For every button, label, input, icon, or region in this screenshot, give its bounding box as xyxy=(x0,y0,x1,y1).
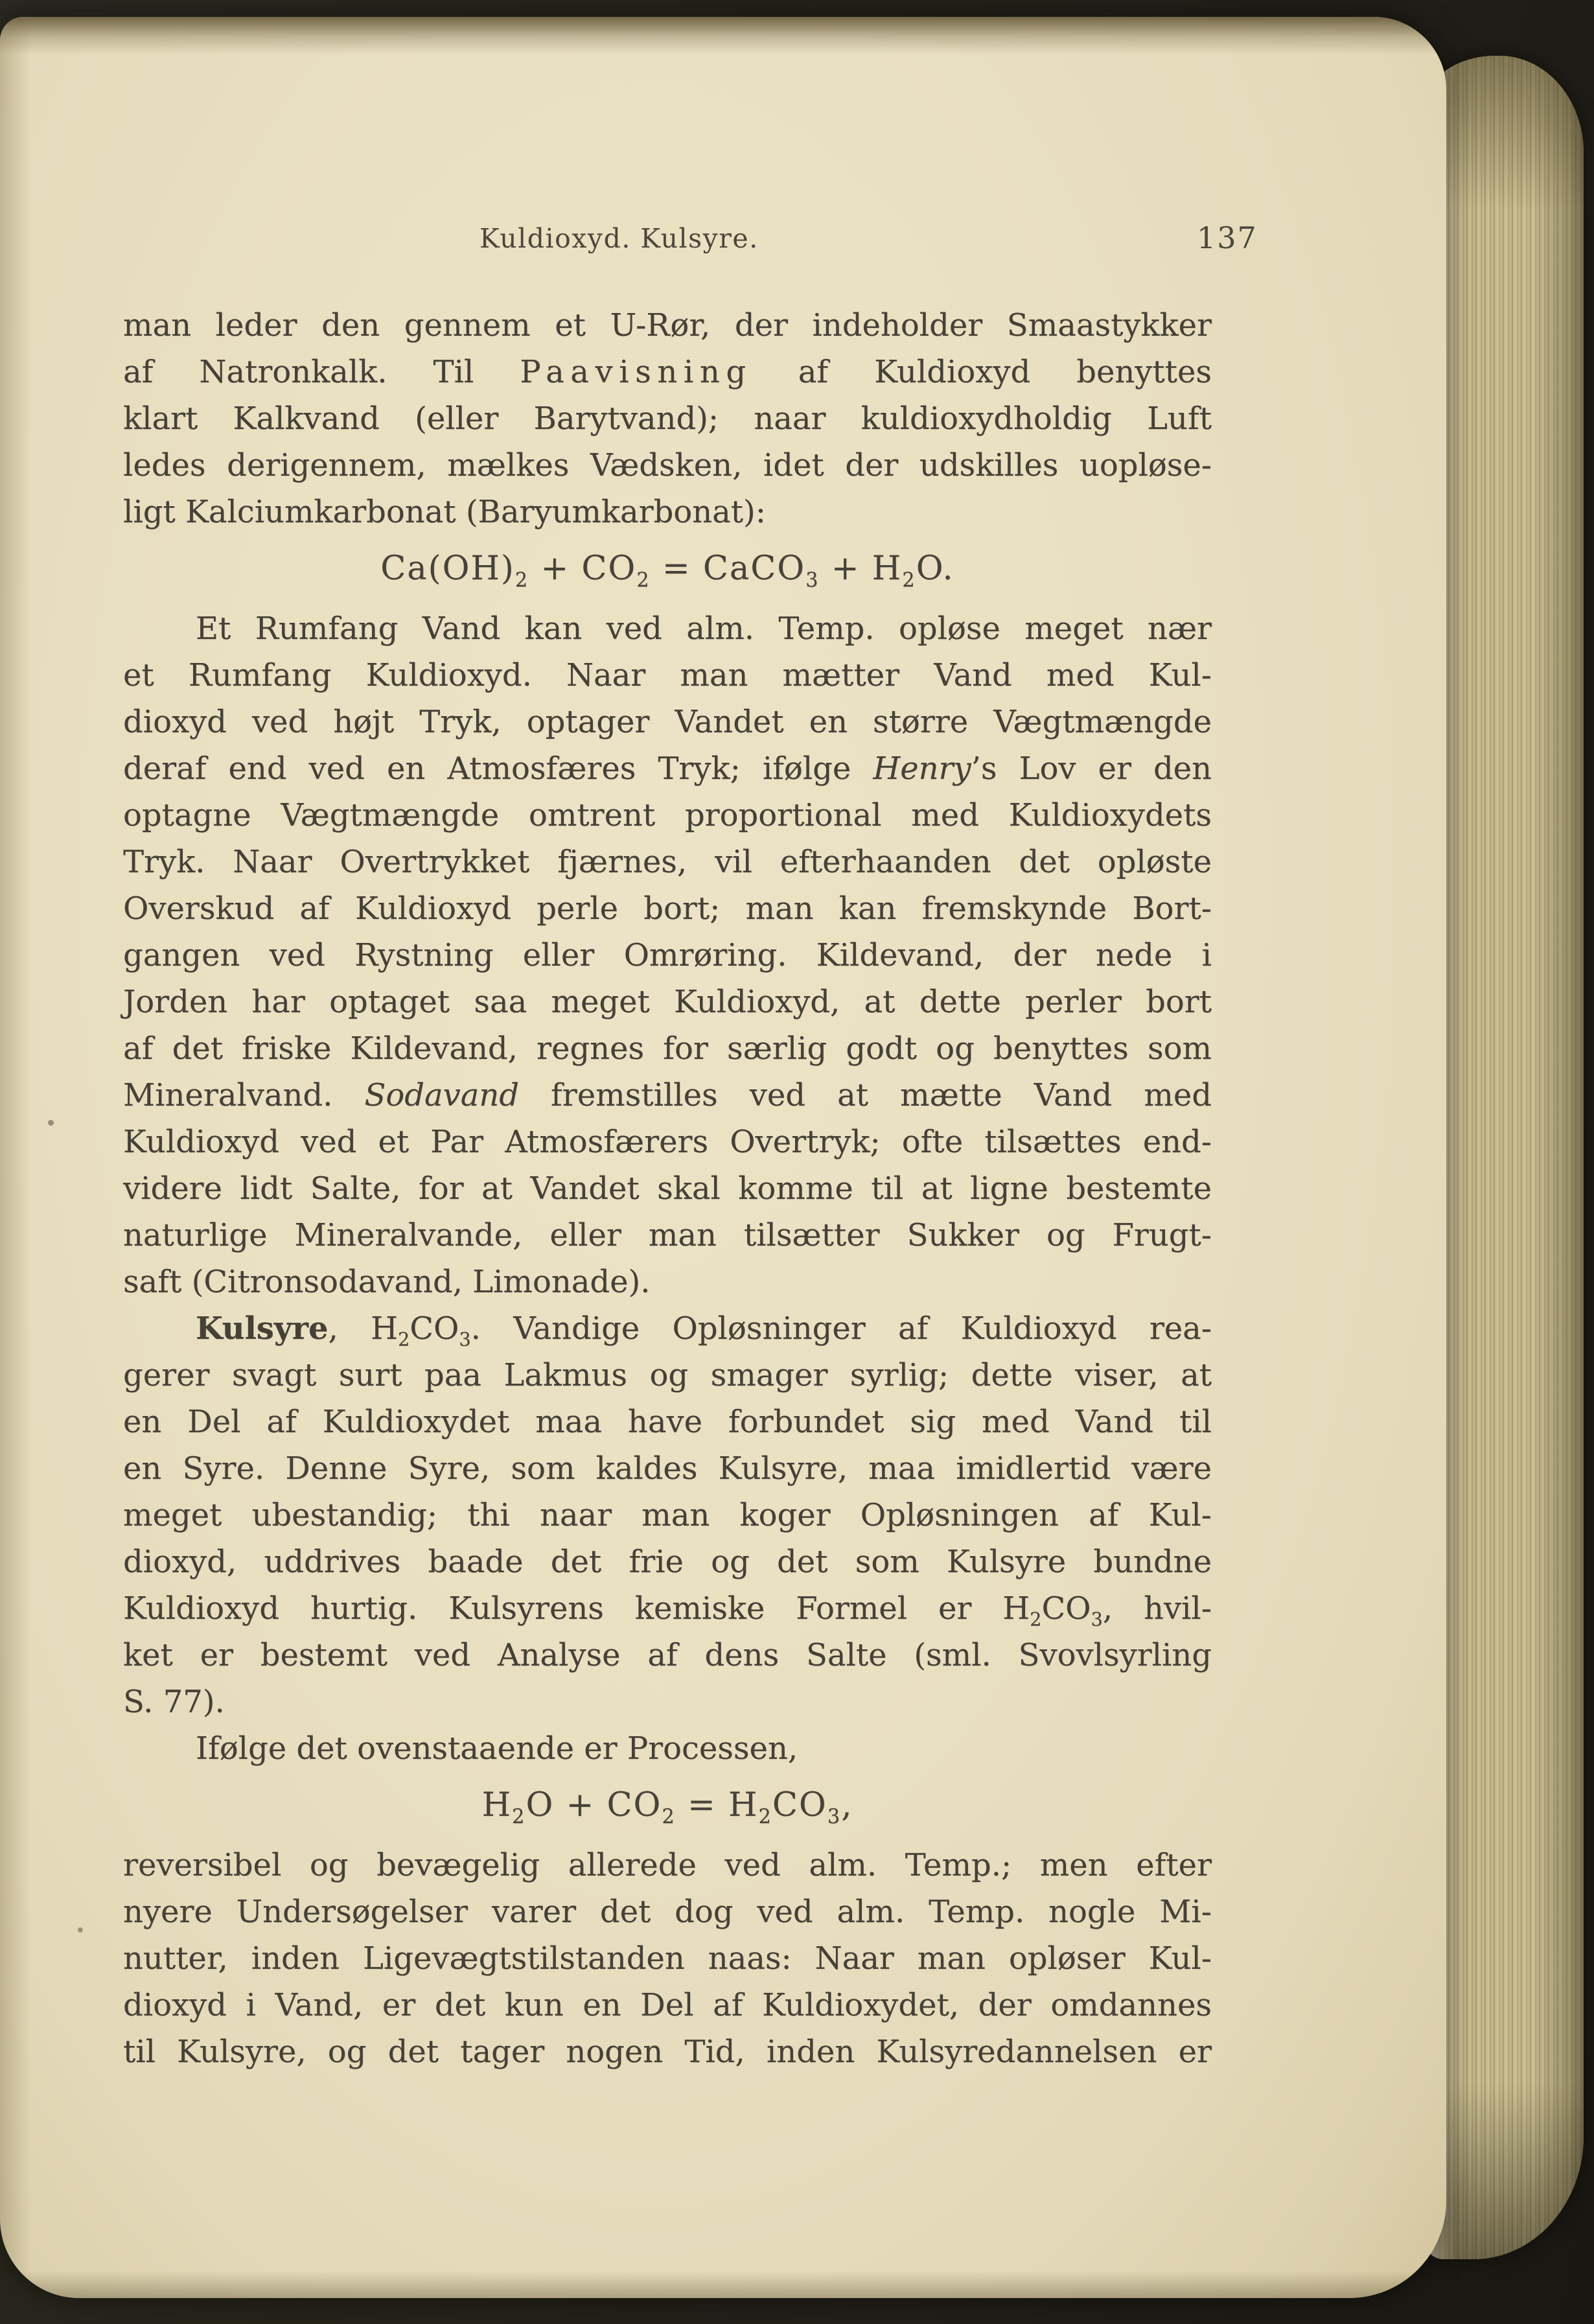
text-line: videre lidt Salte, for at Vandet skal ko… xyxy=(123,1165,1212,1212)
text-line: en Syre. Denne Syre, som kaldes Kulsyre,… xyxy=(123,1445,1212,1492)
paragraph: reversibel og bevægelig allerede ved alm… xyxy=(123,1842,1212,2075)
text-line: Jorden har optaget saa meget Kuldioxyd, … xyxy=(123,979,1212,1025)
running-header: Kuldioxyd. Kulsyre. 137 xyxy=(123,223,1212,268)
text-line: optagne Vægtmængde omtrent proportional … xyxy=(123,792,1212,839)
text-line: gangen ved Rystning eller Omrøring. Kild… xyxy=(123,932,1212,979)
text-line: Tryk. Naar Overtrykket fjærnes, vil efte… xyxy=(123,839,1212,885)
text-line: nyere Undersøgelser varer det dog ved al… xyxy=(123,1888,1212,1935)
text-line: Kuldioxyd ved et Par Atmosfærers Overtry… xyxy=(123,1119,1212,1165)
book-page: Kuldioxyd. Kulsyre. 137 man leder den ge… xyxy=(0,17,1446,2298)
paragraph: Et Rumfang Vand kan ved alm. Temp. opløs… xyxy=(123,605,1212,1305)
text-line: S. 77). xyxy=(123,1679,1212,1725)
chemical-equation: H2O + CO2 = H2CO3, xyxy=(123,1782,1212,1829)
page-top-shadow xyxy=(0,17,1446,54)
text-line: dioxyd ved højt Tryk, optager Vandet en … xyxy=(123,699,1212,745)
text-line: et Rumfang Kuldioxyd. Naar man mætter Va… xyxy=(123,652,1212,699)
text-line: Kulsyre, H2CO3. Vandige Opløsninger af K… xyxy=(123,1305,1212,1352)
paragraph: man leder den gennem et U-Rør, der indeh… xyxy=(123,302,1212,535)
running-header-title: Kuldioxyd. Kulsyre. xyxy=(479,223,759,254)
text-line: klart Kalkvand (eller Barytvand); naar k… xyxy=(123,395,1212,442)
text-line: Mineralvand. Sodavand fremstilles ved at… xyxy=(123,1072,1212,1119)
page-speck xyxy=(78,1927,83,1933)
text-line: en Del af Kuldioxydet maa have forbundet… xyxy=(123,1399,1212,1445)
text-line: Ifølge det ovenstaaende er Processen, xyxy=(123,1725,1212,1772)
text-line: dioxyd i Vand, er det kun en Del af Kuld… xyxy=(123,1982,1212,2028)
page-left-shadow xyxy=(0,17,31,2298)
text-line: saft (Citronsodavand, Limonade). xyxy=(123,1259,1212,1305)
text-line: dioxyd, uddrives baade det frie og det s… xyxy=(123,1539,1212,1585)
paragraph: Kulsyre, H2CO3. Vandige Opløsninger af K… xyxy=(123,1305,1212,1725)
text-line: ket er bestemt ved Analyse af dens Salte… xyxy=(123,1632,1212,1679)
text-line: Overskud af Kuldioxyd perle bort; man ka… xyxy=(123,885,1212,932)
text-line: gerer svagt surt paa Lakmus og smager sy… xyxy=(123,1352,1212,1399)
text-line: af det friske Kildevand, regnes for særl… xyxy=(123,1025,1212,1072)
text-line: naturlige Mineralvande, eller man tilsæt… xyxy=(123,1212,1212,1259)
page-number: 137 xyxy=(1197,220,1258,255)
text-line: Et Rumfang Vand kan ved alm. Temp. opløs… xyxy=(123,605,1212,652)
text-line: man leder den gennem et U-Rør, der indeh… xyxy=(123,302,1212,349)
fore-edge-page-stack xyxy=(1424,56,1584,2259)
chemical-equation: Ca(OH)2 + CO2 = CaCO3 + H2O. xyxy=(123,546,1212,592)
text-line: Kuldioxyd hurtig. Kulsyrens kemiske Form… xyxy=(123,1585,1212,1632)
text-line: reversibel og bevægelig allerede ved alm… xyxy=(123,1842,1212,1888)
text-line: til Kulsyre, og det tager nogen Tid, ind… xyxy=(123,2028,1212,2075)
page-text: man leder den gennem et U-Rør, der indeh… xyxy=(123,302,1212,2075)
text-line: deraf end ved en Atmosfæres Tryk; ifølge… xyxy=(123,745,1212,792)
text-line: meget ubestandig; thi naar man koger Opl… xyxy=(123,1492,1212,1539)
text-line: af Natronkalk. Til Paavisning af Kuldiox… xyxy=(123,349,1212,395)
text-line: ledes derigennem, mælkes Vædsken, idet d… xyxy=(123,442,1212,489)
paragraph: Ifølge det ovenstaaende er Processen, xyxy=(123,1725,1212,1772)
text-line: nutter, inden Ligevægtstilstanden naas: … xyxy=(123,1935,1212,1982)
page-speck xyxy=(48,1120,54,1126)
text-line: ligt Kalciumkarbonat (Baryumkarbonat): xyxy=(123,489,1212,535)
page-bottom-shadow xyxy=(0,2271,1446,2298)
